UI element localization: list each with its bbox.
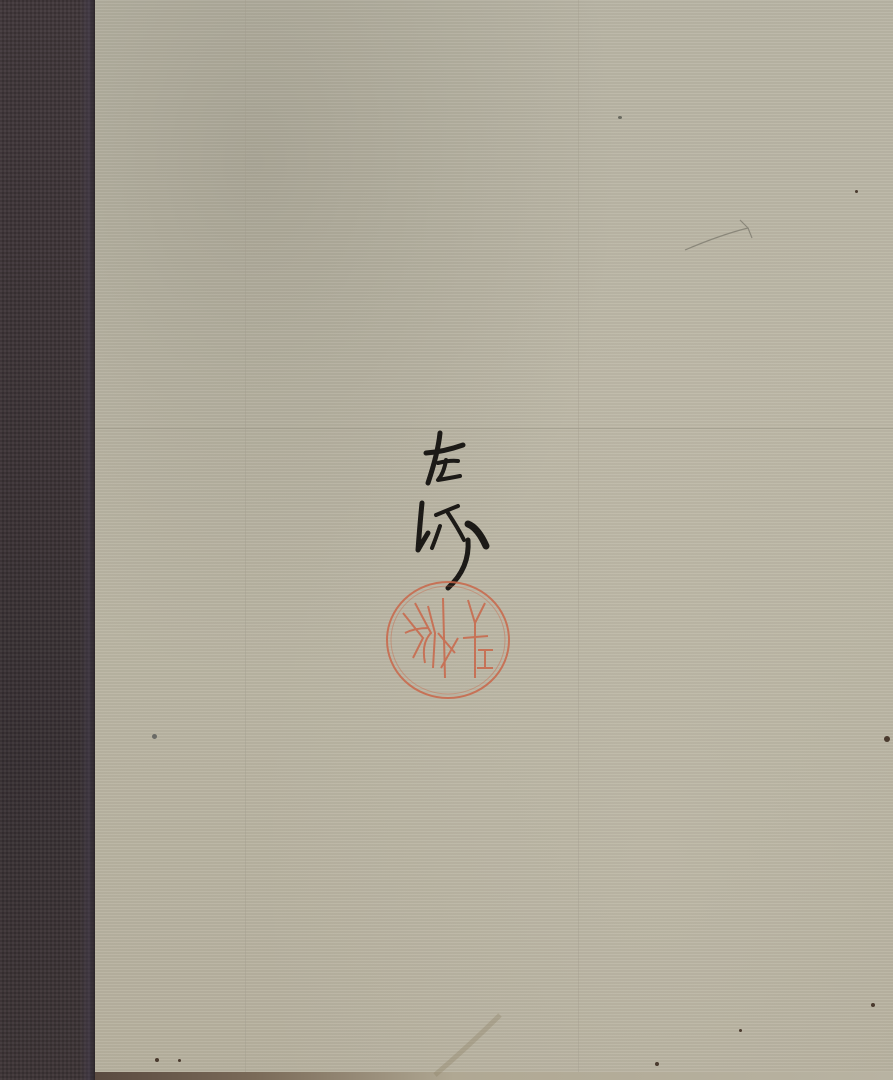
speck (152, 734, 157, 739)
seal-icon (383, 578, 513, 702)
speck (178, 1059, 181, 1062)
calligraphy-strokes (408, 428, 498, 598)
speck (155, 1058, 159, 1062)
crease-mark (680, 210, 760, 260)
artist-signature: 左源 (408, 428, 498, 598)
vertical-fold-line (245, 0, 246, 1072)
speck (855, 190, 858, 193)
speck (655, 1062, 659, 1066)
mount-edge-shadow (80, 0, 95, 1080)
speck (871, 1003, 875, 1007)
speck (618, 116, 622, 119)
stain-mark (430, 1010, 510, 1080)
speck (884, 736, 890, 742)
vertical-fold-line (578, 0, 579, 1072)
red-artist-seal (383, 578, 513, 702)
speck (739, 1029, 742, 1032)
